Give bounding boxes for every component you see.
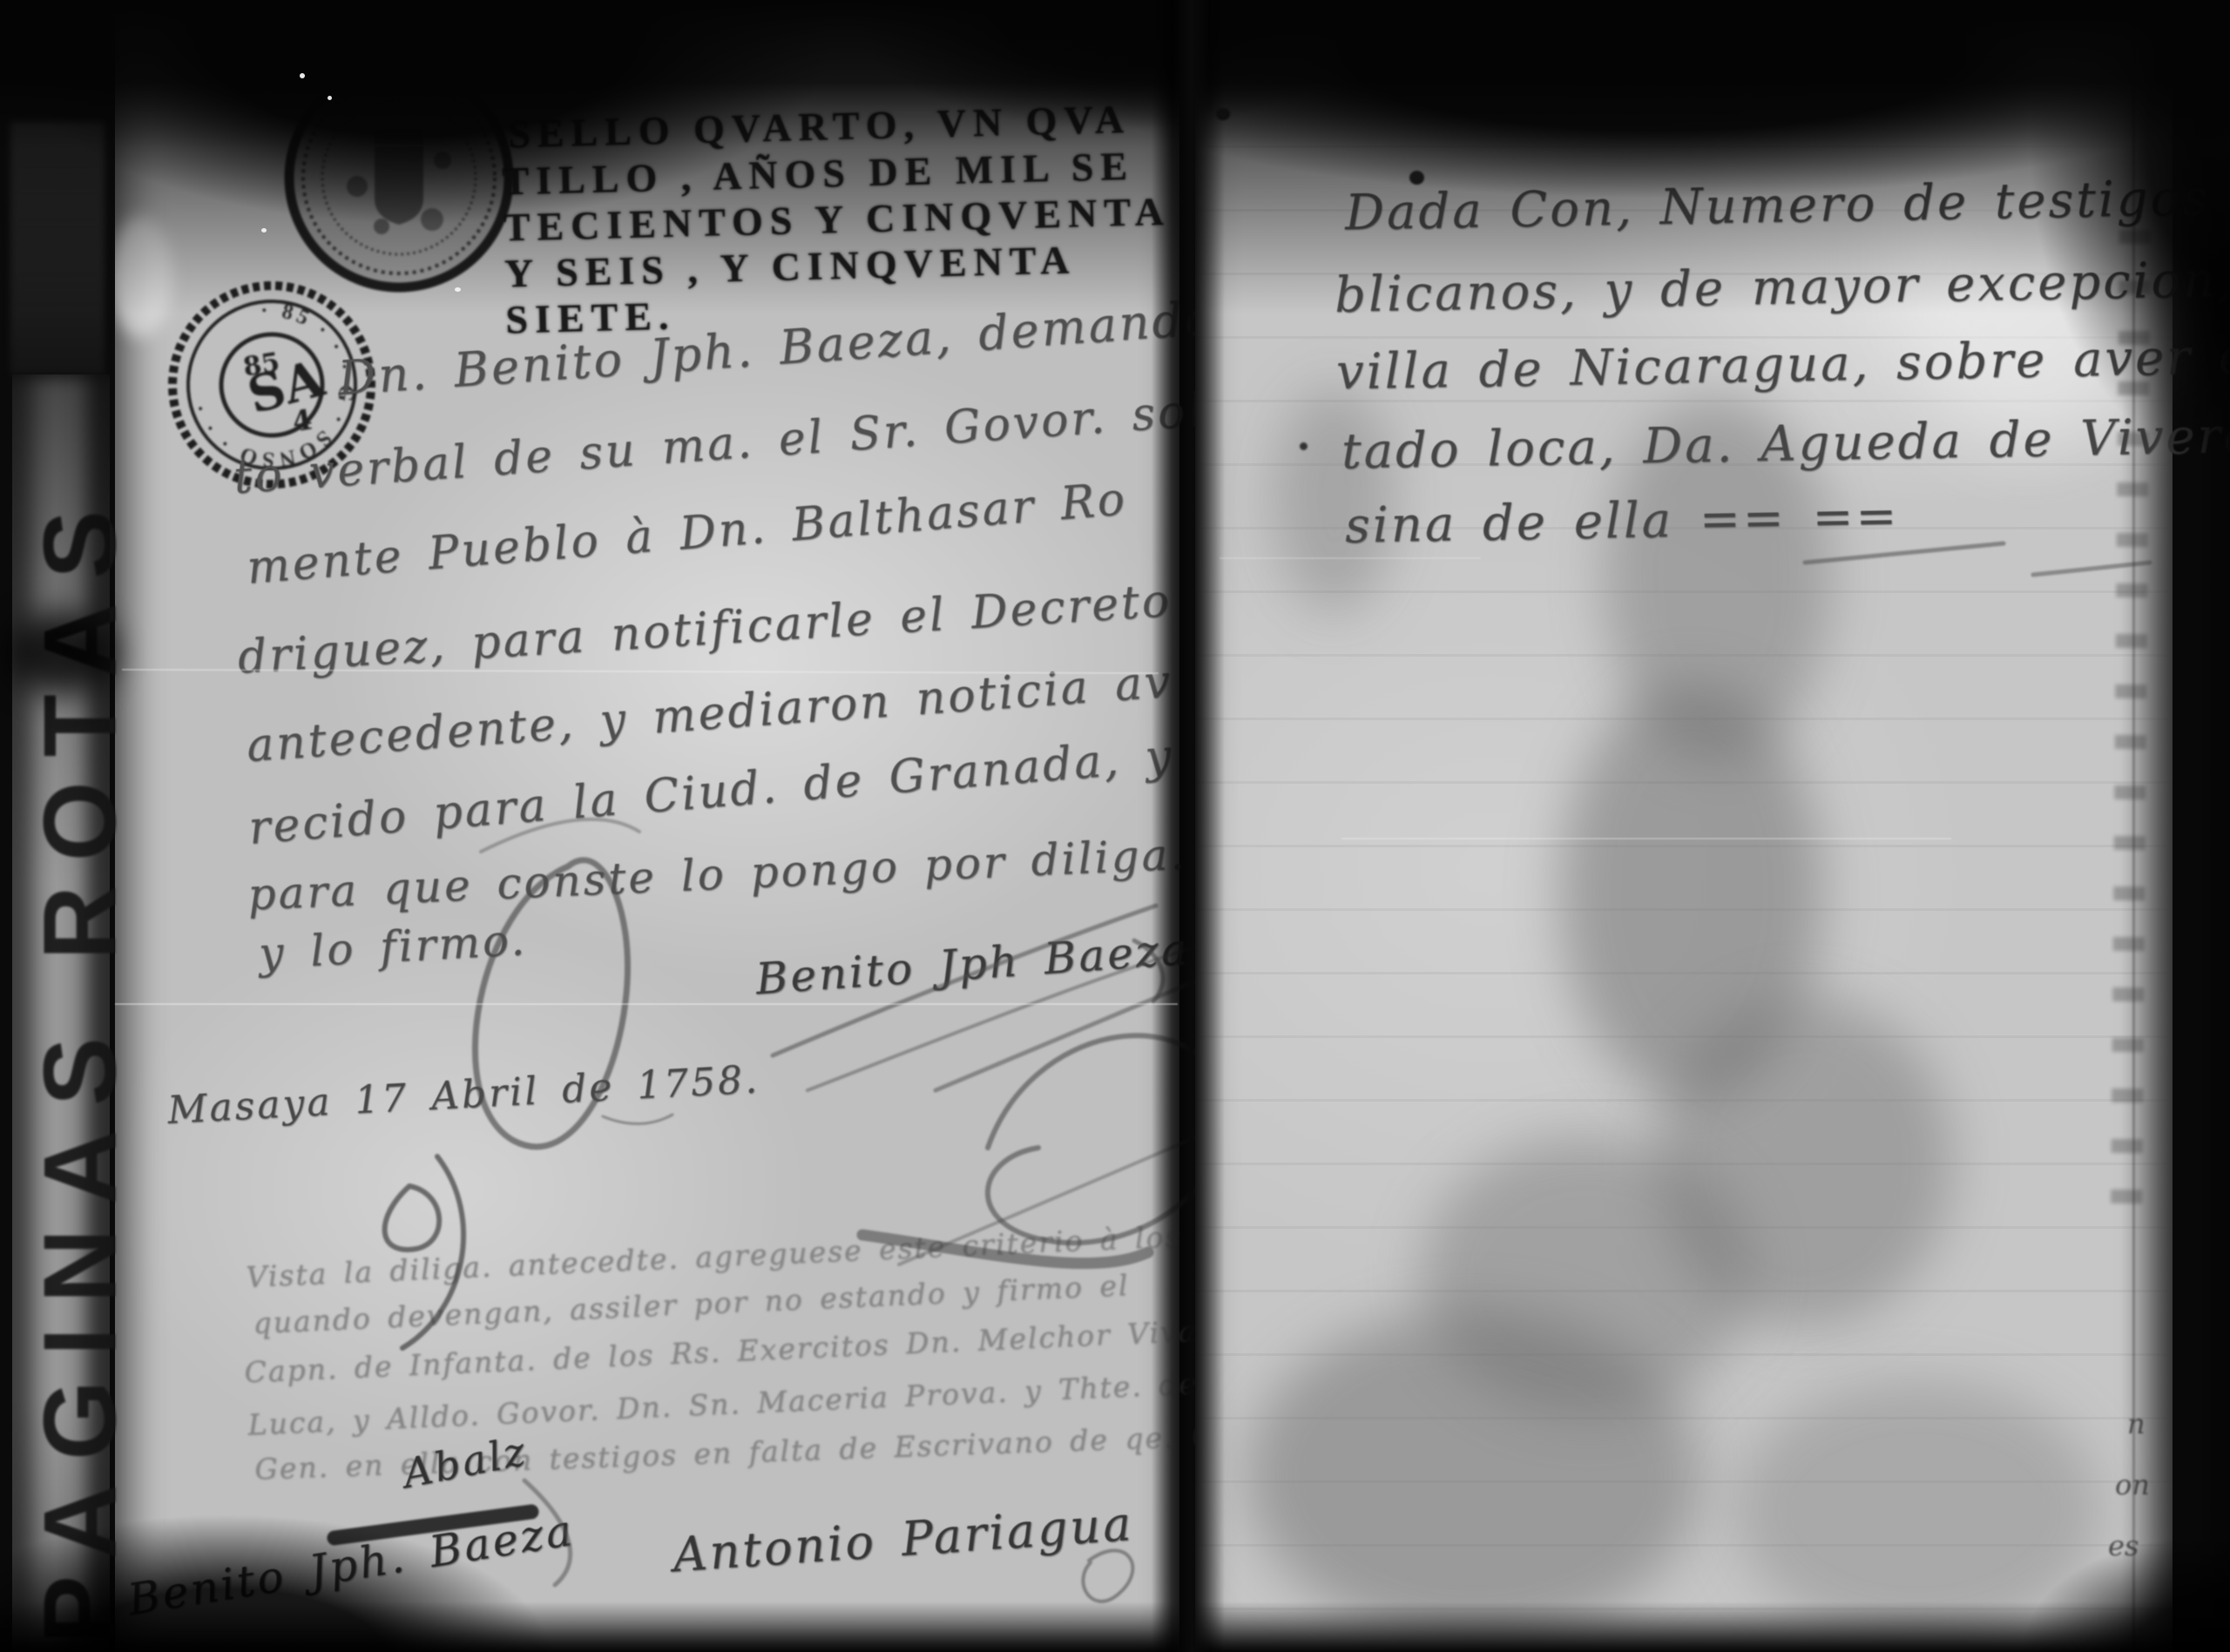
closing-dashes: [1195, 21, 2173, 1652]
film-scratch: [1341, 838, 1951, 839]
tag-shadow: [12, 374, 110, 1652]
ink-dot: [1216, 108, 1230, 120]
ink-dot: [1409, 171, 1424, 185]
ink-dot: [1300, 442, 1308, 450]
tag-dark-blob: [7, 611, 115, 695]
film-scratch: [115, 1003, 1178, 1005]
ink-flourishes: [115, 0, 1179, 1652]
film-scratch: [1220, 557, 1481, 559]
film-leader-texture: [10, 122, 105, 374]
edge-text-fragment: on: [2115, 1468, 2150, 1501]
dust-speck: [455, 287, 461, 292]
dust-speck: [300, 73, 305, 78]
dust-speck: [261, 228, 267, 233]
edge-text-fragment: n: [2127, 1407, 2146, 1440]
paginas-rotas-tag: PAGINAS ROTAS: [12, 374, 110, 1652]
page-gutter-shadow: [1152, 0, 1225, 1652]
film-edge-strip: PAGINAS ROTAS: [0, 0, 115, 1652]
edge-text-fragment: es: [2108, 1529, 2139, 1562]
left-page: SELLO QVARTO, VN QVA TILLO , AÑOS DE MIL…: [115, 0, 1179, 1652]
dust-speck: [328, 96, 332, 100]
microfilm-scan: SELLO QVARTO, VN QVA TILLO , AÑOS DE MIL…: [0, 0, 2230, 1652]
right-page: Información Dada Con, Numero de testigos…: [1195, 21, 2173, 1652]
